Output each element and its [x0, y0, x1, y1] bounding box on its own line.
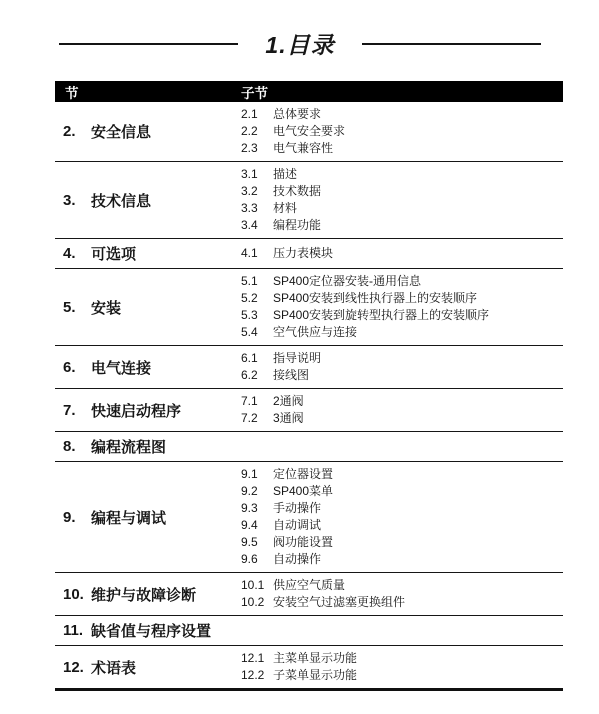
page-title-bar: 1.目录 [0, 0, 599, 60]
title-rule-right [362, 43, 541, 45]
subsection-number: 3.4 [241, 217, 273, 234]
section-title: 电气连接 [91, 357, 151, 378]
section-number: 2. [63, 123, 91, 140]
subsection-number: 5.2 [241, 290, 273, 307]
subsection-number: 9.4 [241, 517, 273, 534]
section-title: 可选项 [91, 243, 136, 264]
subsection-number: 10.1 [241, 577, 273, 594]
subsection-label: 压力表模块 [273, 245, 333, 262]
subsection-row: 3.1 描述 [241, 166, 563, 183]
subsection-row: 3.2 技术数据 [241, 183, 563, 200]
header-cell-section: 节 [55, 82, 241, 102]
subsection-label: 安装空气过滤塞更换组件 [273, 594, 405, 611]
subsection-row: 9.6 自动操作 [241, 551, 563, 568]
title-rule-left [59, 43, 238, 45]
subsection-row: 4.1 压力表模块 [241, 245, 563, 262]
table-row: 3. 技术信息 3.1 描述 3.2 技术数据 3.3 材料 3.4 编程功能 [55, 162, 563, 239]
subsection-row: 5.4 空气供应与连接 [241, 324, 563, 341]
toc-header-row: 节 子节 [55, 81, 563, 102]
section-title: 维护与故障诊断 [91, 584, 196, 605]
subsection-label: 描述 [273, 166, 297, 183]
subsection-label: 空气供应与连接 [273, 324, 357, 341]
subsection-list: 12.1 主菜单显示功能 12.2 子菜单显示功能 [241, 650, 563, 684]
section-cell: 7. 快速启动程序 [55, 393, 241, 427]
section-cell: 4. 可选项 [55, 243, 241, 264]
header-cell-subsection: 子节 [241, 82, 563, 102]
subsection-list [241, 436, 563, 457]
subsection-list: 3.1 描述 3.2 技术数据 3.3 材料 3.4 编程功能 [241, 166, 563, 234]
subsection-row: 5.2 SP400安装到线性执行器上的安装顺序 [241, 290, 563, 307]
section-number: 9. [63, 509, 91, 526]
subsection-number: 9.6 [241, 551, 273, 568]
section-cell: 9. 编程与调试 [55, 466, 241, 568]
section-number: 6. [63, 359, 91, 376]
subsection-number: 9.1 [241, 466, 273, 483]
table-row: 10. 维护与故障诊断 10.1 供应空气质量 10.2 安装空气过滤塞更换组件 [55, 573, 563, 616]
subsection-row: 9.2 SP400菜单 [241, 483, 563, 500]
subsection-label: 电气兼容性 [273, 140, 333, 157]
subsection-number: 5.3 [241, 307, 273, 324]
section-cell: 5. 安装 [55, 273, 241, 341]
section-number: 11. [63, 622, 91, 639]
subsection-label: 电气安全要求 [273, 123, 345, 140]
section-cell: 11. 缺省值与程序设置 [55, 620, 241, 641]
subsection-label: 自动操作 [273, 551, 321, 568]
subsection-row: 9.3 手动操作 [241, 500, 563, 517]
subsection-label: 定位器设置 [273, 466, 333, 483]
section-number: 5. [63, 299, 91, 316]
subsection-label: 供应空气质量 [273, 577, 345, 594]
section-number: 3. [63, 192, 91, 209]
subsection-label: 主菜单显示功能 [273, 650, 357, 667]
subsection-number: 2.2 [241, 123, 273, 140]
table-row: 6. 电气连接 6.1 指导说明 6.2 接线图 [55, 346, 563, 389]
section-number: 10. [63, 586, 91, 603]
table-row: 11. 缺省值与程序设置 [55, 616, 563, 646]
section-title: 快速启动程序 [91, 400, 181, 421]
subsection-number: 3.2 [241, 183, 273, 200]
subsection-label: 3通阀 [273, 410, 304, 427]
section-number: 12. [63, 659, 91, 676]
section-cell: 12. 术语表 [55, 650, 241, 684]
section-cell: 8. 编程流程图 [55, 436, 241, 457]
subsection-row: 12.2 子菜单显示功能 [241, 667, 563, 684]
section-number: 7. [63, 402, 91, 419]
subsection-list: 6.1 指导说明 6.2 接线图 [241, 350, 563, 384]
section-number: 8. [63, 438, 91, 455]
subsection-number: 9.5 [241, 534, 273, 551]
subsection-number: 7.2 [241, 410, 273, 427]
subsection-label: 自动调试 [273, 517, 321, 534]
subsection-number: 7.1 [241, 393, 273, 410]
section-number: 4. [63, 245, 91, 262]
section-cell: 2. 安全信息 [55, 106, 241, 157]
subsection-row: 3.4 编程功能 [241, 217, 563, 234]
subsection-number: 9.3 [241, 500, 273, 517]
subsection-row: 9.1 定位器设置 [241, 466, 563, 483]
subsection-row: 12.1 主菜单显示功能 [241, 650, 563, 667]
subsection-number: 3.3 [241, 200, 273, 217]
subsection-row: 7.1 2通阀 [241, 393, 563, 410]
subsection-row: 9.4 自动调试 [241, 517, 563, 534]
subsection-label: 阀功能设置 [273, 534, 333, 551]
subsection-label: 技术数据 [273, 183, 321, 200]
section-title: 技术信息 [91, 190, 151, 211]
subsection-number: 5.4 [241, 324, 273, 341]
table-row: 12. 术语表 12.1 主菜单显示功能 12.2 子菜单显示功能 [55, 646, 563, 688]
table-row: 7. 快速启动程序 7.1 2通阀 7.2 3通阀 [55, 389, 563, 432]
document-page: 1.目录 节 子节 2. 安全信息 2.1 总体要求 2.2 电气安全要求 2.… [0, 0, 599, 714]
section-cell: 10. 维护与故障诊断 [55, 577, 241, 611]
subsection-list: 10.1 供应空气质量 10.2 安装空气过滤塞更换组件 [241, 577, 563, 611]
subsection-number: 9.2 [241, 483, 273, 500]
subsection-label: SP400菜单 [273, 483, 333, 500]
subsection-number: 6.1 [241, 350, 273, 367]
subsection-label: SP400安装到线性执行器上的安装顺序 [273, 290, 477, 307]
subsection-label: 手动操作 [273, 500, 321, 517]
subsection-list: 2.1 总体要求 2.2 电气安全要求 2.3 电气兼容性 [241, 106, 563, 157]
section-title: 安装 [91, 297, 121, 318]
subsection-row: 2.3 电气兼容性 [241, 140, 563, 157]
subsection-row: 10.1 供应空气质量 [241, 577, 563, 594]
section-cell: 3. 技术信息 [55, 166, 241, 234]
subsection-number: 2.3 [241, 140, 273, 157]
subsection-number: 5.1 [241, 273, 273, 290]
subsection-row: 5.1 SP400定位器安装-通用信息 [241, 273, 563, 290]
subsection-label: 2通阀 [273, 393, 304, 410]
subsection-row: 3.3 材料 [241, 200, 563, 217]
page-title: 1.目录 [265, 27, 334, 60]
section-cell: 6. 电气连接 [55, 350, 241, 384]
table-row: 4. 可选项 4.1 压力表模块 [55, 239, 563, 269]
table-row: 5. 安装 5.1 SP400定位器安装-通用信息 5.2 SP400安装到线性… [55, 269, 563, 346]
table-row: 2. 安全信息 2.1 总体要求 2.2 电气安全要求 2.3 电气兼容性 [55, 102, 563, 162]
subsection-list: 7.1 2通阀 7.2 3通阀 [241, 393, 563, 427]
table-row: 8. 编程流程图 [55, 432, 563, 462]
subsection-row: 9.5 阀功能设置 [241, 534, 563, 551]
subsection-number: 12.2 [241, 667, 273, 684]
subsection-number: 12.1 [241, 650, 273, 667]
toc-table-body: 2. 安全信息 2.1 总体要求 2.2 电气安全要求 2.3 电气兼容性 3.… [55, 102, 563, 688]
toc-table: 节 子节 2. 安全信息 2.1 总体要求 2.2 电气安全要求 2.3 电气兼… [55, 81, 563, 691]
subsection-row: 7.2 3通阀 [241, 410, 563, 427]
subsection-list: 4.1 压力表模块 [241, 243, 563, 264]
subsection-label: 子菜单显示功能 [273, 667, 357, 684]
table-row: 9. 编程与调试 9.1 定位器设置 9.2 SP400菜单 9.3 手动操作 … [55, 462, 563, 573]
subsection-label: 编程功能 [273, 217, 321, 234]
subsection-row: 2.2 电气安全要求 [241, 123, 563, 140]
subsection-number: 6.2 [241, 367, 273, 384]
subsection-label: 总体要求 [273, 106, 321, 123]
subsection-label: SP400定位器安装-通用信息 [273, 273, 421, 290]
subsection-number: 10.2 [241, 594, 273, 611]
subsection-number: 4.1 [241, 245, 273, 262]
section-title: 术语表 [91, 657, 136, 678]
subsection-number: 2.1 [241, 106, 273, 123]
subsection-list: 9.1 定位器设置 9.2 SP400菜单 9.3 手动操作 9.4 自动调试 … [241, 466, 563, 568]
subsection-row: 6.2 接线图 [241, 367, 563, 384]
subsection-row: 5.3 SP400安装到旋转型执行器上的安装顺序 [241, 307, 563, 324]
section-title: 编程与调试 [91, 507, 166, 528]
section-title: 缺省值与程序设置 [91, 620, 211, 641]
subsection-list: 5.1 SP400定位器安装-通用信息 5.2 SP400安装到线性执行器上的安… [241, 273, 563, 341]
subsection-list [241, 620, 563, 641]
section-title: 编程流程图 [91, 436, 166, 457]
subsection-label: 指导说明 [273, 350, 321, 367]
subsection-number: 3.1 [241, 166, 273, 183]
subsection-label: SP400安装到旋转型执行器上的安装顺序 [273, 307, 489, 324]
subsection-label: 接线图 [273, 367, 309, 384]
subsection-row: 2.1 总体要求 [241, 106, 563, 123]
subsection-label: 材料 [273, 200, 297, 217]
section-title: 安全信息 [91, 121, 151, 142]
subsection-row: 6.1 指导说明 [241, 350, 563, 367]
subsection-row: 10.2 安装空气过滤塞更换组件 [241, 594, 563, 611]
